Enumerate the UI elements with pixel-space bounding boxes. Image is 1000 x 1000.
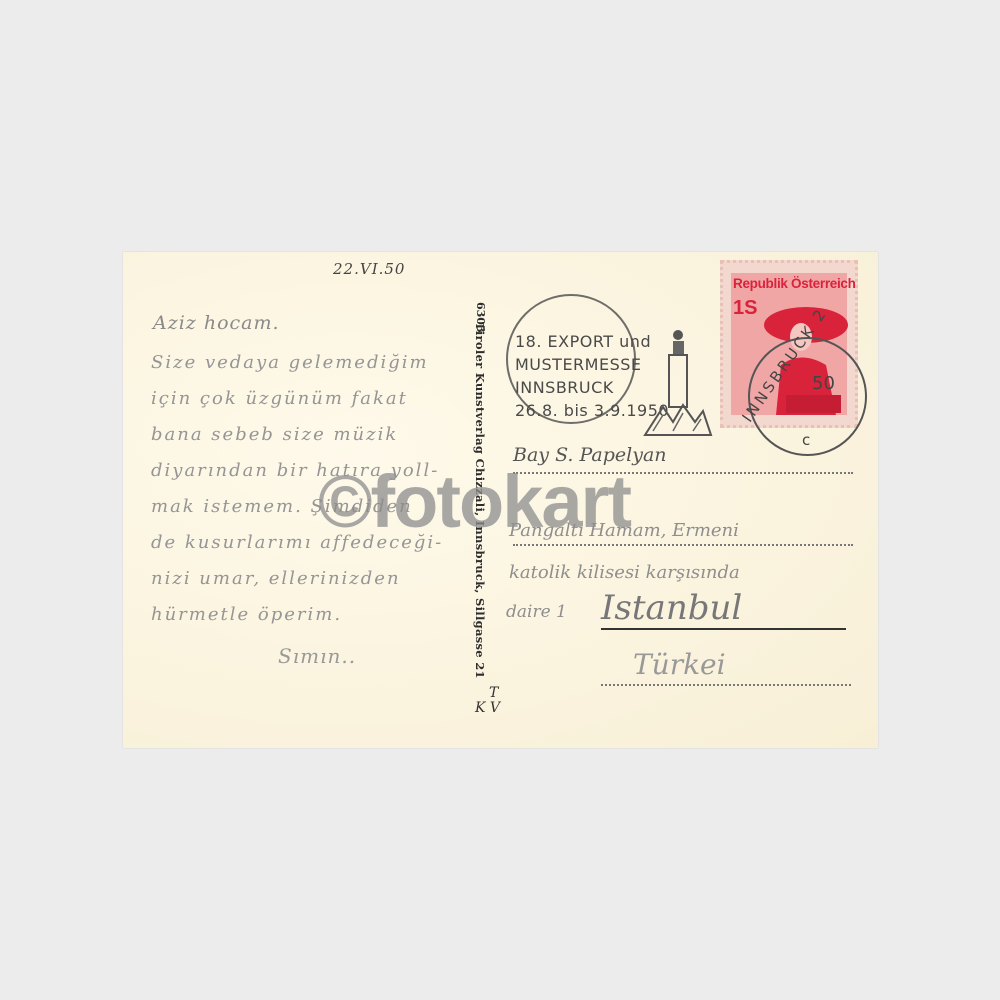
signature: Sımın.. xyxy=(278,644,356,668)
greeting: Aziz hocam. xyxy=(153,312,280,334)
message-line: için çok üzgünüm fakat xyxy=(151,388,408,409)
message-line: nizi umar, ellerinizden xyxy=(151,568,401,589)
watermark: ©fotokart xyxy=(318,462,630,542)
address-country: Türkei xyxy=(633,648,726,681)
city-postmark: INNSBRUCK 2 50 c xyxy=(748,337,867,456)
message-line: bana sebeb size müzik xyxy=(151,424,398,445)
message-line: Size vedaya gelemediğim xyxy=(151,352,429,373)
message-line: hürmetle öperim. xyxy=(151,604,342,625)
address-line xyxy=(601,684,851,686)
address-city: Istanbul xyxy=(601,588,742,628)
address-apartment: daire 1 xyxy=(506,602,567,622)
address-line xyxy=(513,544,853,546)
city-underline xyxy=(601,628,846,630)
tower-icon xyxy=(643,327,713,437)
address-detail: katolik kilisesi karşısında xyxy=(509,562,740,583)
stamp-country: Republik Österreich xyxy=(733,276,856,291)
publisher-mark: T K V xyxy=(475,686,500,716)
date: 22.VI.50 xyxy=(333,260,405,278)
